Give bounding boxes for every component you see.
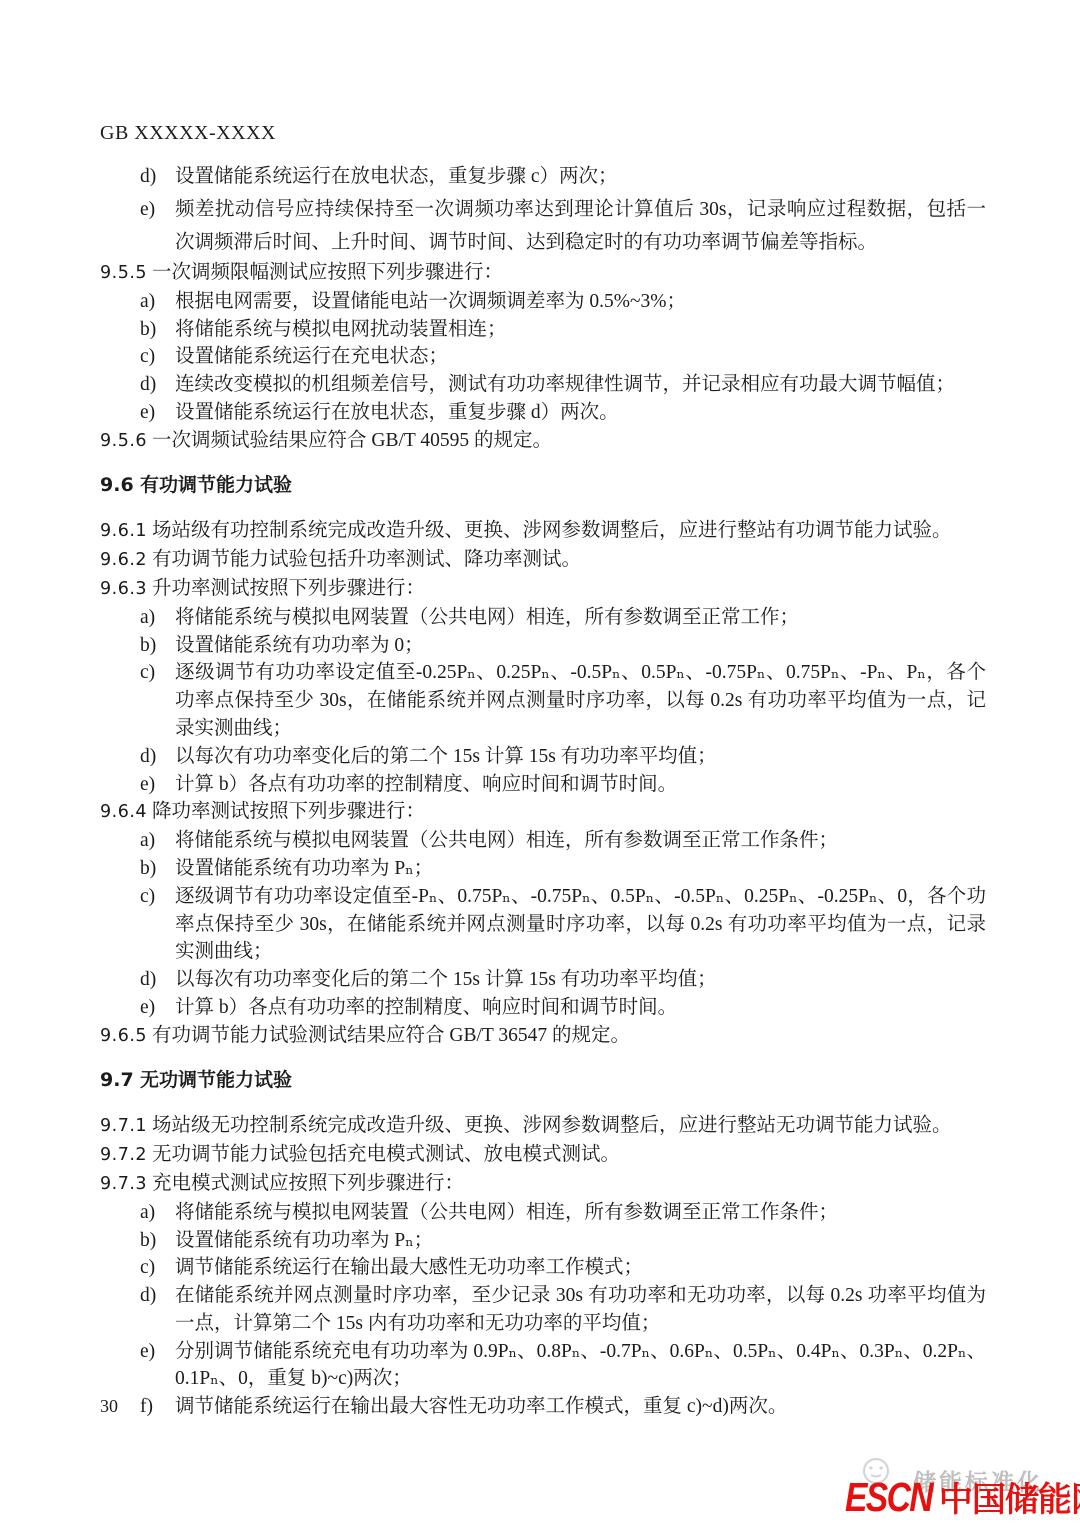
clause-row: 9.6.1场站级有功控制系统完成改造升级、更换、涉网参数调整后，应进行整站有功调… xyxy=(100,517,986,546)
clause-number: 9.7 xyxy=(100,1067,140,1095)
list-item: d)以每次有功功率变化后的第二个 15s 计算 15s 有功功率平均值； xyxy=(100,966,986,994)
list-item: e)设置储能系统运行在放电状态，重复步骤 d）两次。 xyxy=(100,399,986,427)
list-item: c)逐级调节有功功率设定值至-Pₙ、0.75Pₙ、-0.75Pₙ、0.5Pₙ、-… xyxy=(100,883,986,966)
clause-row: 9.6.2有功调节能力试验包括升功率测试、降功率测试。 xyxy=(100,546,986,575)
clause-number: 9.6.4 xyxy=(100,798,152,827)
item-letter: a) xyxy=(140,827,175,855)
block-text: 以每次有功功率变化后的第二个 15s 计算 15s 有功功率平均值； xyxy=(175,743,986,771)
clause-row: 9.6.4降功率测试按照下列步骤进行： xyxy=(100,798,986,827)
clause-number: 9.6 xyxy=(100,472,140,500)
block-text: 有功调节能力试验包括升功率测试、降功率测试。 xyxy=(152,546,986,575)
item-letter: b) xyxy=(140,316,175,344)
item-letter: c) xyxy=(140,343,175,371)
block-text: 分别调节储能系统充电有功功率为 0.9Pₙ、0.8Pₙ、-0.7Pₙ、0.6Pₙ… xyxy=(175,1338,986,1394)
block-text: 频差扰动信号应持续保持至一次调频功率达到理论计算值后 30s，记录响应过程数据，… xyxy=(175,193,986,259)
clause-row: 9.6.3升功率测试按照下列步骤进行： xyxy=(100,575,986,604)
list-item: b)将储能系统与模拟电网扰动装置相连； xyxy=(100,316,986,344)
block-text: 计算 b）各点有功功率的控制精度、响应时间和调节时间。 xyxy=(175,994,986,1022)
item-letter: e) xyxy=(140,1338,175,1394)
clause-row: 9.7.3充电模式测试应按照下列步骤进行： xyxy=(100,1170,986,1199)
item-letter: d) xyxy=(140,160,175,193)
list-item: e)分别调节储能系统充电有功功率为 0.9Pₙ、0.8Pₙ、-0.7Pₙ、0.6… xyxy=(100,1338,986,1394)
clause-number: 9.7.3 xyxy=(100,1170,152,1199)
block-text: 以每次有功功率变化后的第二个 15s 计算 15s 有功功率平均值； xyxy=(175,966,986,994)
list-item: e)频差扰动信号应持续保持至一次调频功率达到理论计算值后 30s，记录响应过程数… xyxy=(100,193,986,259)
item-letter: a) xyxy=(140,288,175,316)
section-heading: 9.7无功调节能力试验 xyxy=(100,1067,986,1095)
standard-number-header: GB XXXXX-XXXX xyxy=(100,122,986,145)
block-text: 将储能系统与模拟电网扰动装置相连； xyxy=(175,316,986,344)
block-text: 在储能系统并网点测量时序功率，至少记录 30s 有功功率和无功功率，以每 0.2… xyxy=(175,1282,986,1338)
section-title: 有功调节能力试验 xyxy=(140,472,986,500)
list-item: e)计算 b）各点有功功率的控制精度、响应时间和调节时间。 xyxy=(100,994,986,1022)
block-text: 将储能系统与模拟电网装置（公共电网）相连，所有参数调至正常工作条件； xyxy=(175,1199,986,1227)
block-text: 设置储能系统有功功率为 0； xyxy=(175,632,986,660)
block-text: 设置储能系统有功功率为 Pₙ； xyxy=(175,855,986,883)
list-item: a)将储能系统与模拟电网装置（公共电网）相连，所有参数调至正常工作； xyxy=(100,604,986,632)
list-item: a)将储能系统与模拟电网装置（公共电网）相连，所有参数调至正常工作条件； xyxy=(100,827,986,855)
list-item: d)设置储能系统运行在放电状态，重复步骤 c）两次； xyxy=(100,160,986,193)
clause-number: 9.5.6 xyxy=(100,427,152,456)
item-letter: e) xyxy=(140,193,175,259)
document-page: GB XXXXX-XXXX d)设置储能系统运行在放电状态，重复步骤 c）两次；… xyxy=(0,0,1080,1528)
block-text: 充电模式测试应按照下列步骤进行： xyxy=(152,1170,986,1199)
section-heading: 9.6有功调节能力试验 xyxy=(100,472,986,500)
clause-row: 9.5.6一次调频试验结果应符合 GB/T 40595 的规定。 xyxy=(100,427,986,456)
block-text: 设置储能系统运行在放电状态，重复步骤 d）两次。 xyxy=(175,399,986,427)
list-item: a)将储能系统与模拟电网装置（公共电网）相连，所有参数调至正常工作条件； xyxy=(100,1199,986,1227)
list-item: c)逐级调节有功功率设定值至-0.25Pₙ、0.25Pₙ、-0.5Pₙ、0.5P… xyxy=(100,659,986,742)
list-item: b)设置储能系统有功功率为 0； xyxy=(100,632,986,660)
block-text: 场站级有功控制系统完成改造升级、更换、涉网参数调整后，应进行整站有功调节能力试验… xyxy=(152,517,986,546)
block-text: 设置储能系统运行在充电状态； xyxy=(175,343,986,371)
item-letter: c) xyxy=(140,1254,175,1282)
clause-number: 9.7.1 xyxy=(100,1112,152,1141)
clause-number: 9.6.5 xyxy=(100,1022,152,1051)
block-text: 逐级调节有功功率设定值至-Pₙ、0.75Pₙ、-0.75Pₙ、0.5Pₙ、-0.… xyxy=(175,883,986,966)
escn-brand-block: 储能标准化 ESCN 中国储能网 xyxy=(845,1442,1075,1517)
item-letter: e) xyxy=(140,994,175,1022)
item-letter: a) xyxy=(140,604,175,632)
page-number: 30 xyxy=(100,1396,118,1417)
block-text: 根据电网需要，设置储能电站一次调频调差率为 0.5%~3%； xyxy=(175,288,986,316)
clause-number: 9.5.5 xyxy=(100,259,152,288)
clause-number: 9.6.1 xyxy=(100,517,152,546)
document-blocks: d)设置储能系统运行在放电状态，重复步骤 c）两次；e)频差扰动信号应持续保持至… xyxy=(100,160,986,1421)
list-item: e)计算 b）各点有功功率的控制精度、响应时间和调节时间。 xyxy=(100,771,986,799)
block-text: 将储能系统与模拟电网装置（公共电网）相连，所有参数调至正常工作； xyxy=(175,604,986,632)
list-item: a)根据电网需要，设置储能电站一次调频调差率为 0.5%~3%； xyxy=(100,288,986,316)
block-text: 有功调节能力试验测试结果应符合 GB/T 36547 的规定。 xyxy=(152,1022,986,1051)
item-letter: b) xyxy=(140,855,175,883)
block-text: 一次调频试验结果应符合 GB/T 40595 的规定。 xyxy=(152,427,986,456)
escn-logo-chinese: 中国储能网 xyxy=(939,1472,1080,1521)
block-text: 一次调频限幅测试应按照下列步骤进行： xyxy=(152,259,986,288)
escn-logo: ESCN 中国储能网 xyxy=(845,1472,1080,1521)
list-item: d)在储能系统并网点测量时序功率，至少记录 30s 有功功率和无功功率，以每 0… xyxy=(100,1282,986,1338)
item-letter: b) xyxy=(140,632,175,660)
block-text: 调节储能系统运行在输出最大感性无功功率工作模式； xyxy=(175,1254,986,1282)
item-letter: e) xyxy=(140,399,175,427)
block-text: 调节储能系统运行在输出最大容性无功功率工作模式，重复 c)~d)两次。 xyxy=(175,1393,986,1421)
item-letter: d) xyxy=(140,743,175,771)
list-item: f)调节储能系统运行在输出最大容性无功功率工作模式，重复 c)~d)两次。 xyxy=(100,1393,986,1421)
clause-number: 9.7.2 xyxy=(100,1141,152,1170)
block-text: 计算 b）各点有功功率的控制精度、响应时间和调节时间。 xyxy=(175,771,986,799)
block-text: 升功率测试按照下列步骤进行： xyxy=(152,575,986,604)
list-item: d)连续改变模拟的机组频差信号，测试有功功率规律性调节，并记录相应有功最大调节幅… xyxy=(100,371,986,399)
document-content: GB XXXXX-XXXX d)设置储能系统运行在放电状态，重复步骤 c）两次；… xyxy=(100,122,986,1421)
clause-row: 9.7.2无功调节能力试验包括充电模式测试、放电模式测试。 xyxy=(100,1141,986,1170)
clause-number: 9.6.2 xyxy=(100,546,152,575)
list-item: c)设置储能系统运行在充电状态； xyxy=(100,343,986,371)
list-item: b)设置储能系统有功功率为 Pₙ； xyxy=(100,855,986,883)
item-letter: f) xyxy=(140,1393,175,1421)
list-item: c)调节储能系统运行在输出最大感性无功功率工作模式； xyxy=(100,1254,986,1282)
item-letter: b) xyxy=(140,1227,175,1255)
escn-logo-latin: ESCN xyxy=(845,1474,932,1521)
clause-row: 9.6.5有功调节能力试验测试结果应符合 GB/T 36547 的规定。 xyxy=(100,1022,986,1051)
item-letter: c) xyxy=(140,883,175,966)
block-text: 降功率测试按照下列步骤进行： xyxy=(152,798,986,827)
section-title: 无功调节能力试验 xyxy=(140,1067,986,1095)
item-letter: e) xyxy=(140,771,175,799)
block-text: 设置储能系统有功功率为 Pₙ； xyxy=(175,1227,986,1255)
list-item: d)以每次有功功率变化后的第二个 15s 计算 15s 有功功率平均值； xyxy=(100,743,986,771)
block-text: 无功调节能力试验包括充电模式测试、放电模式测试。 xyxy=(152,1141,986,1170)
item-letter: d) xyxy=(140,371,175,399)
clause-row: 9.7.1场站级无功控制系统完成改造升级、更换、涉网参数调整后，应进行整站无功调… xyxy=(100,1112,986,1141)
list-item: b)设置储能系统有功功率为 Pₙ； xyxy=(100,1227,986,1255)
block-text: 连续改变模拟的机组频差信号，测试有功功率规律性调节，并记录相应有功最大调节幅值； xyxy=(175,371,986,399)
item-letter: c) xyxy=(140,659,175,742)
item-letter: d) xyxy=(140,1282,175,1338)
item-letter: a) xyxy=(140,1199,175,1227)
block-text: 逐级调节有功功率设定值至-0.25Pₙ、0.25Pₙ、-0.5Pₙ、0.5Pₙ、… xyxy=(175,659,986,742)
block-text: 场站级无功控制系统完成改造升级、更换、涉网参数调整后，应进行整站无功调节能力试验… xyxy=(152,1112,986,1141)
clause-number: 9.6.3 xyxy=(100,575,152,604)
item-letter: d) xyxy=(140,966,175,994)
block-text: 将储能系统与模拟电网装置（公共电网）相连，所有参数调至正常工作条件； xyxy=(175,827,986,855)
clause-row: 9.5.5一次调频限幅测试应按照下列步骤进行： xyxy=(100,259,986,288)
block-text: 设置储能系统运行在放电状态，重复步骤 c）两次； xyxy=(175,160,986,193)
